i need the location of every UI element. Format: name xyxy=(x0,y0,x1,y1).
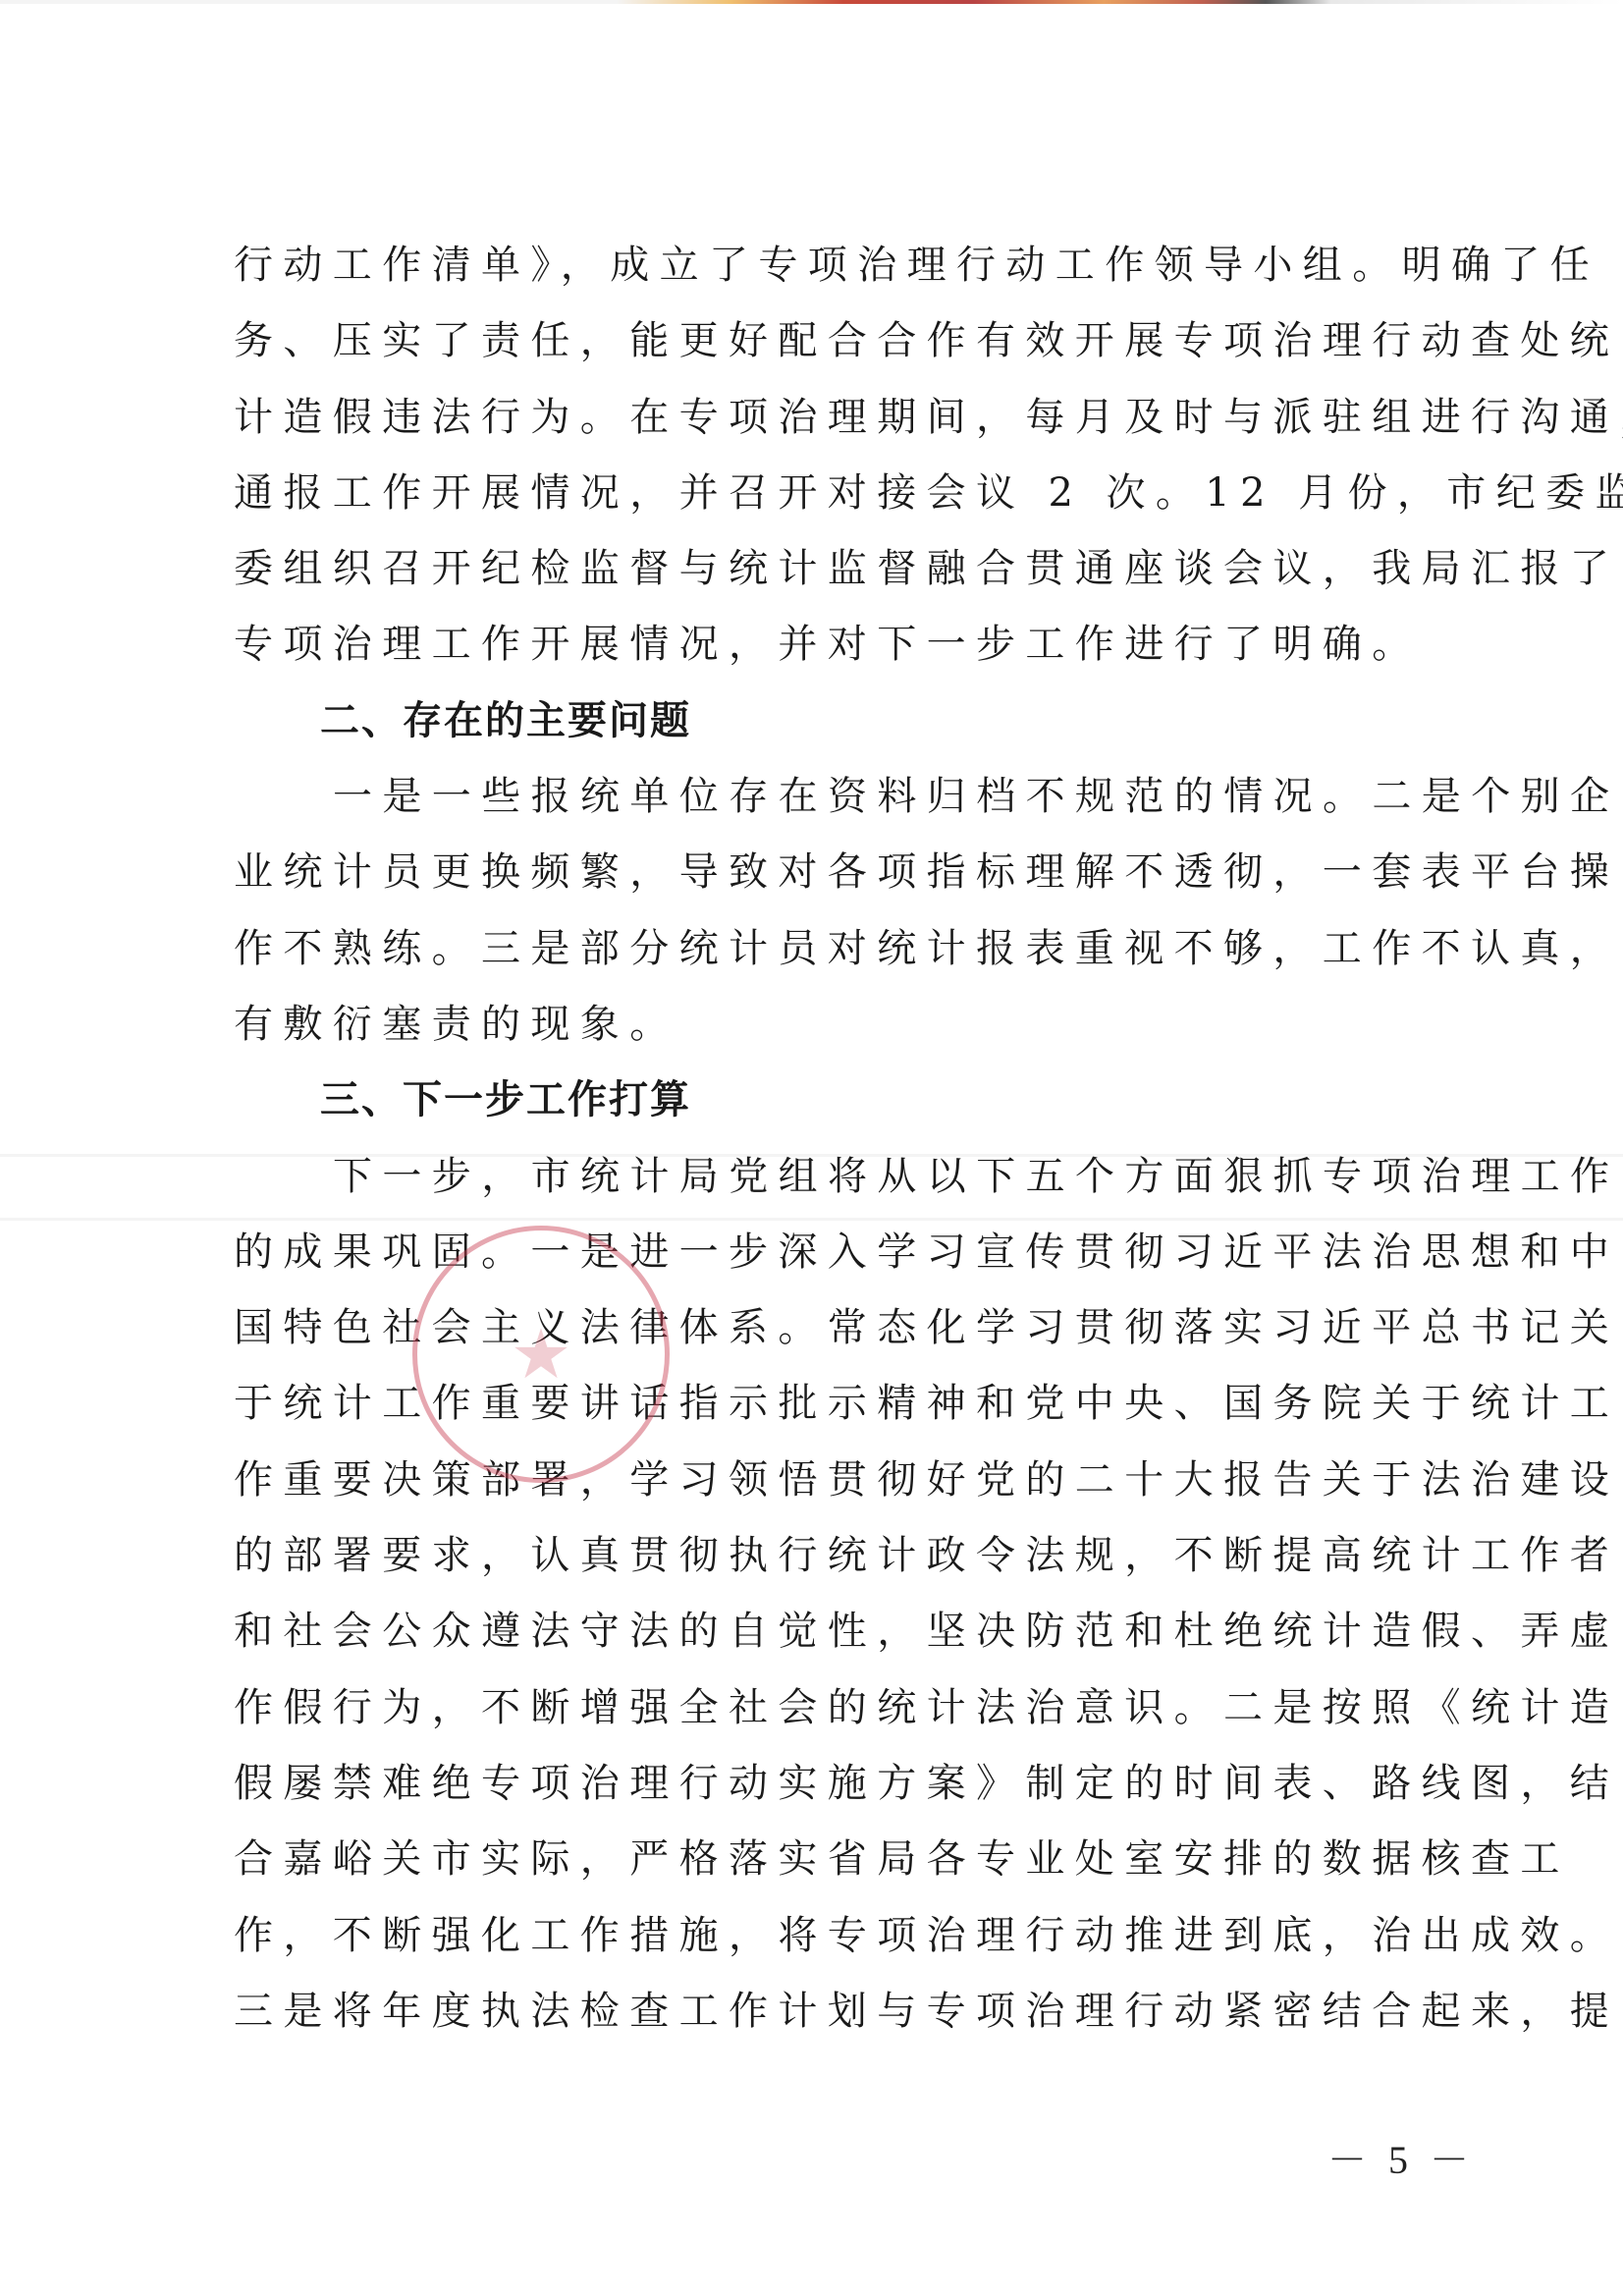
text-line: 一是一些报统单位存在资料归档不规范的情况。二是个别企 xyxy=(234,759,1434,835)
text-line: 务、压实了责任，能更好配合合作有效开展专项治理行动查处统 xyxy=(234,303,1434,379)
scan-artifact-line xyxy=(0,1218,1623,1221)
text-line: 假屡禁难绝专项治理行动实施方案》制定的时间表、路线图，结 xyxy=(234,1746,1434,1822)
paragraph-continuation: 行动工作清单》，成立了专项治理行动工作领导小组。明确了任 务、压实了责任，能更好… xyxy=(234,228,1434,683)
scan-top-edge xyxy=(0,0,1623,4)
text-line: 合嘉峪关市实际，严格落实省局各专业处室安排的数据核查工 xyxy=(234,1822,1434,1897)
text-line: 作重要决策部署，学习领悟贯彻好党的二十大报告关于法治建设 xyxy=(234,1443,1434,1518)
text-line: 作不熟练。三是部分统计员对统计报表重视不够，工作不认真， xyxy=(234,911,1434,987)
paragraph-next-steps: 下一步，市统计局党组将从以下五个方面狠抓专项治理工作 的成果巩固。一是进一步深入… xyxy=(234,1139,1434,2050)
section-heading-next-steps: 三、下一步工作打算 xyxy=(234,1063,1434,1138)
page-number: － 5 － xyxy=(1327,2129,1475,2185)
text-line: 国特色社会主义法律体系。常态化学习贯彻落实习近平总书记关 xyxy=(234,1290,1434,1366)
text-line: 通报工作开展情况，并召开对接会议 2 次。12 月份，市纪委监 xyxy=(234,456,1434,531)
text-line: 于统计工作重要讲话指示批示精神和党中央、国务院关于统计工 xyxy=(234,1366,1434,1442)
text-line: 业统计员更换频繁，导致对各项指标理解不透彻，一套表平台操 xyxy=(234,835,1434,910)
scan-artifact-line xyxy=(0,1154,1623,1157)
text-line: 下一步，市统计局党组将从以下五个方面狠抓专项治理工作 xyxy=(234,1139,1434,1215)
text-line: 和社会公众遵法守法的自觉性，坚决防范和杜绝统计造假、弄虚 xyxy=(234,1594,1434,1669)
section-heading-problems: 二、存在的主要问题 xyxy=(234,683,1434,759)
text-line: 计造假违法行为。在专项治理期间，每月及时与派驻组进行沟通， xyxy=(234,380,1434,456)
paragraph-problems: 一是一些报统单位存在资料归档不规范的情况。二是个别企 业统计员更换频繁，导致对各… xyxy=(234,759,1434,1063)
text-line: 委组织召开纪检监督与统计监督融合贯通座谈会议，我局汇报了 xyxy=(234,531,1434,607)
text-line: 专项治理工作开展情况，并对下一步工作进行了明确。 xyxy=(234,607,1434,683)
text-line: 的成果巩固。一是进一步深入学习宣传贯彻习近平法治思想和中 xyxy=(234,1215,1434,1290)
text-line: 的部署要求，认真贯彻执行统计政令法规，不断提高统计工作者 xyxy=(234,1518,1434,1594)
text-line: 作，不断强化工作措施，将专项治理行动推进到底，治出成效。 xyxy=(234,1898,1434,1974)
text-line: 行动工作清单》，成立了专项治理行动工作领导小组。明确了任 xyxy=(234,228,1434,303)
text-line: 作假行为，不断增强全社会的统计法治意识。二是按照《统计造 xyxy=(234,1670,1434,1746)
document-page: 行动工作清单》，成立了专项治理行动工作领导小组。明确了任 务、压实了责任，能更好… xyxy=(234,228,1434,2050)
text-line: 三是将年度执法检查工作计划与专项治理行动紧密结合起来，提 xyxy=(234,1974,1434,2050)
text-line: 有敷衍塞责的现象。 xyxy=(234,987,1434,1063)
